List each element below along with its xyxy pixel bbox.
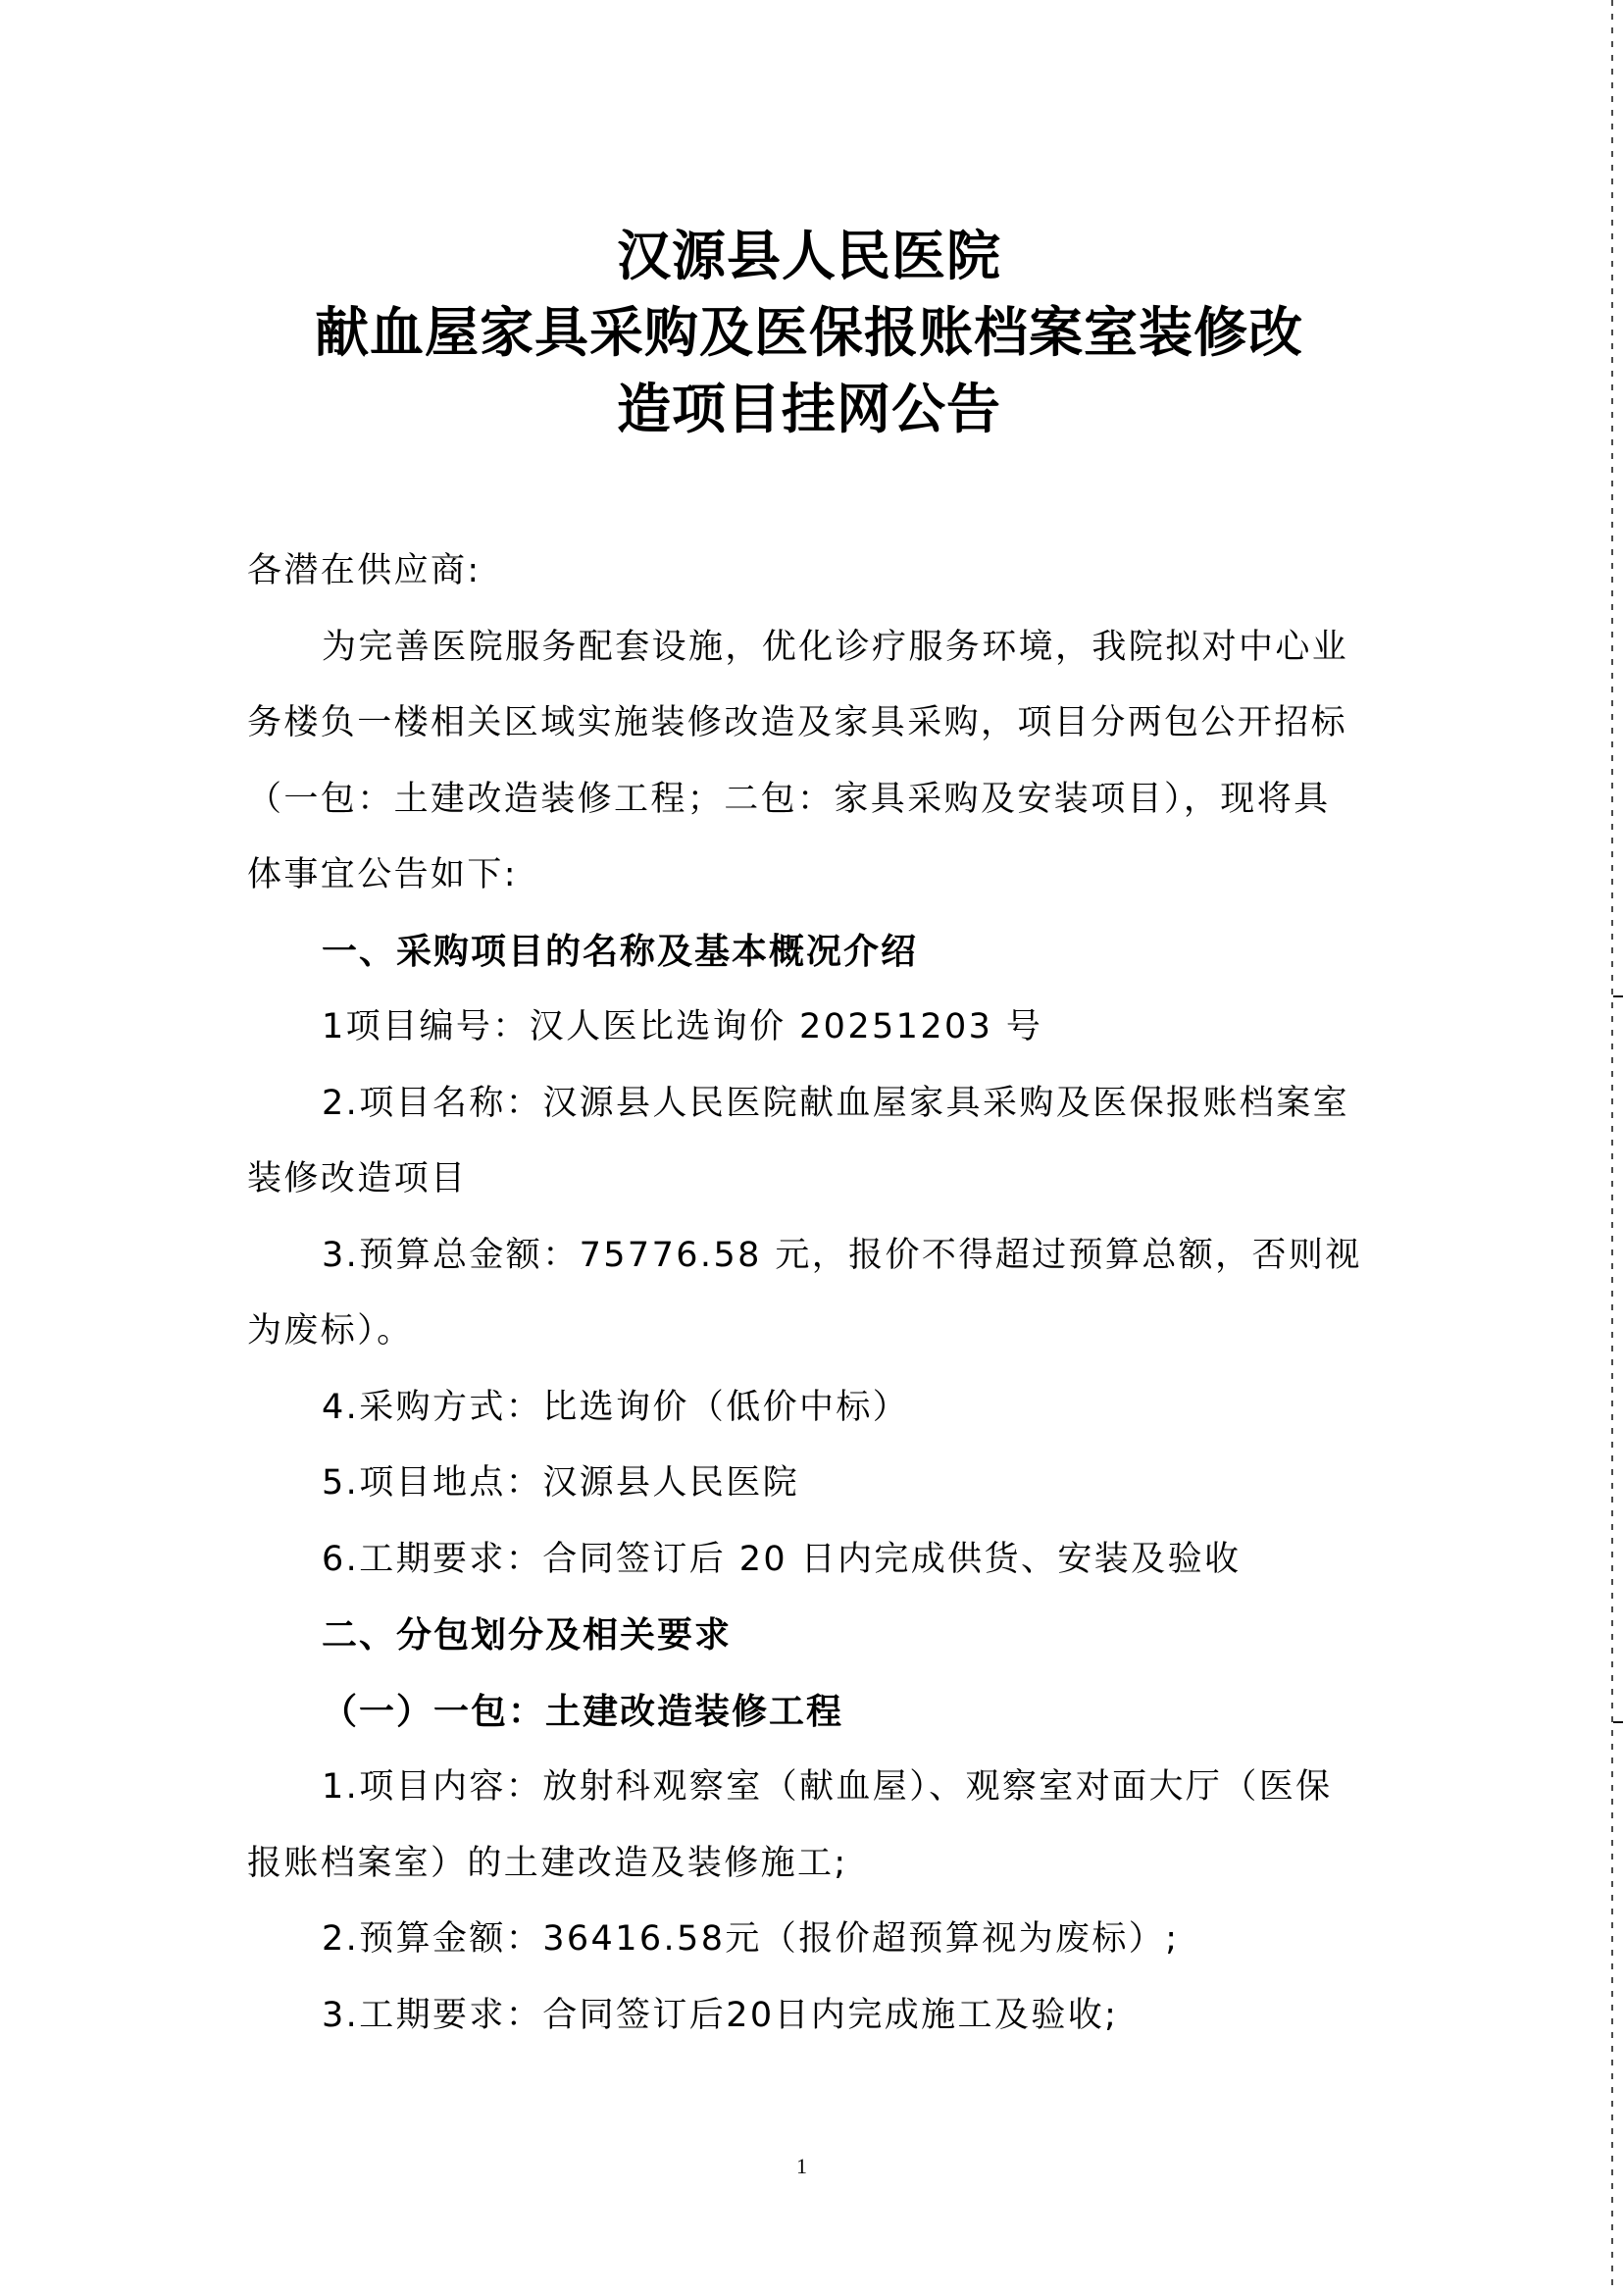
- title-line-1: 汉源县人民医院: [245, 218, 1373, 294]
- section-1-item: 1项目编号：汉人医比选询价 20251203 号: [247, 990, 1375, 1066]
- section-1-item-continued: 为废标）。: [247, 1294, 1375, 1370]
- title-line-3: 造项目挂网公告: [245, 371, 1373, 447]
- intro-line: 务楼负一楼相关区域实施装修改造及家具采购，项目分两包公开招标: [247, 686, 1375, 762]
- document-page: 汉源县人民医院 献血屋家具采购及医保报账档案室装修改 造项目挂网公告 各潜在供应…: [0, 0, 1624, 2293]
- section-2-heading: 二、分包划分及相关要求: [247, 1598, 1375, 1674]
- section-1-item: 3.预算总金额：75776.58 元，报价不得超过预算总额，否则视: [247, 1218, 1375, 1295]
- section-1-item: 6.工期要求：合同签订后 20 日内完成供货、安装及验收: [247, 1522, 1375, 1599]
- scan-edge-artifact: [1611, 0, 1613, 2293]
- intro-line: 为完善医院服务配套设施，优化诊疗服务环境，我院拟对中心业: [247, 610, 1375, 687]
- subsection-1-item: 1.项目内容：放射科观察室（献血屋）、观察室对面大厅（医保: [247, 1750, 1375, 1826]
- subsection-1-item: 3.工期要求：合同签订后20日内完成施工及验收;: [247, 1978, 1375, 2055]
- subsection-1-item: 2.预算金额：36416.58元（报价超预算视为废标）;: [247, 1902, 1375, 1978]
- page-number: 1: [796, 2154, 807, 2179]
- section-1-heading: 一、采购项目的名称及基本概况介绍: [247, 914, 1375, 991]
- scan-edge-artifact: [1613, 1721, 1623, 1723]
- document-title: 汉源县人民医院 献血屋家具采购及医保报账档案室装修改 造项目挂网公告: [245, 218, 1373, 447]
- salutation: 各潜在供应商:: [247, 534, 1375, 610]
- subsection-1-item-continued: 报账档案室）的土建改造及装修施工;: [247, 1826, 1375, 1903]
- intro-line: 体事宜公告如下:: [247, 838, 1375, 914]
- section-1-item-continued: 装修改造项目: [247, 1142, 1375, 1218]
- title-line-2: 献血屋家具采购及医保报账档案室装修改: [245, 294, 1373, 371]
- scan-edge-artifact: [1613, 995, 1623, 997]
- intro-line: （一包：土建改造装修工程；二包：家具采购及安装项目），现将具: [247, 762, 1375, 839]
- section-1-item: 4.采购方式：比选询价（低价中标）: [247, 1370, 1375, 1447]
- document-body: 各潜在供应商: 为完善医院服务配套设施，优化诊疗服务环境，我院拟对中心业 务楼负…: [247, 534, 1375, 2054]
- section-1-item: 2.项目名称：汉源县人民医院献血屋家具采购及医保报账档案室: [247, 1066, 1375, 1143]
- section-1-item: 5.项目地点：汉源县人民医院: [247, 1446, 1375, 1522]
- subsection-1-heading: （一）一包：土建改造装修工程: [247, 1674, 1375, 1751]
